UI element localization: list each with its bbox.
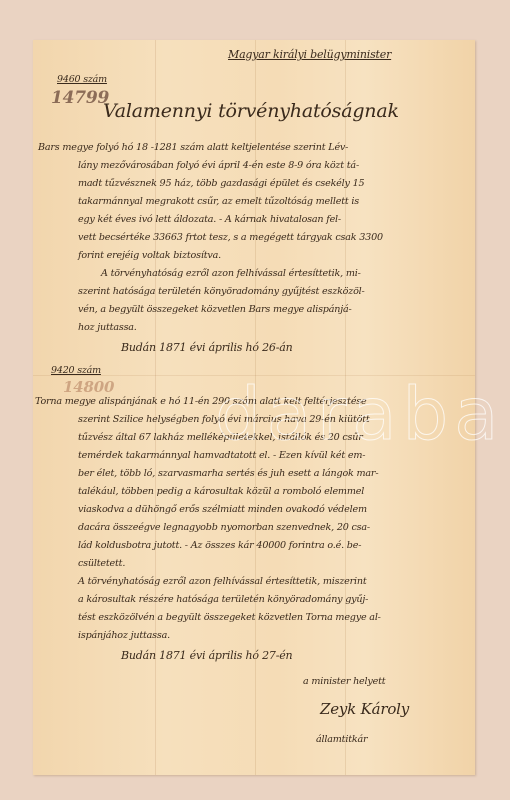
text-line: takarmánnyal megrakott csűr, az emelt tű… [78,192,359,212]
date-line-1: Budán 1871 évi április hó 26-án [121,338,293,358]
text-line: tést eszközölvén a begyült összegeket kö… [78,608,381,628]
text-line: talékául, többen pedig a károsultak közü… [78,482,364,502]
text-line: hoz juttassa. [78,318,137,338]
text-line: A törvényhatóság ezről azon felhívással … [101,264,361,284]
reference-number-1: 9460 szám [57,74,107,85]
text-line: ispánjához juttassa. [78,626,170,646]
text-line: viaskodva a dühöngő erős szélmiatt minde… [78,500,367,520]
watermark: darabanth [215,372,510,456]
text-line: lány mezővárosában folyó évi ápril 4-én … [78,156,359,176]
signature-preface: a minister helyett [303,672,385,692]
ministry-header: Magyar királyi belügyminister [228,48,391,61]
text-line: szerint hatósága területén könyöradomány… [78,282,365,302]
text-line: vén, a begyült összegeket közvetlen Bars… [78,300,352,320]
reference-number-2: 9420 szám [51,365,101,376]
registry-stamp-1: 14799 [51,88,109,108]
salutation-title: Valamennyi törvényhatóságnak [103,100,399,122]
text-line: ber élet, több ló, szarvasmarha sertés é… [78,464,378,484]
text-line: forint erejéig voltak biztosítva. [78,246,221,266]
text-line: Bars megye folyó hó 18 -1281 szám alatt … [38,138,348,158]
text-line: a károsultak részére hatósága területén … [78,590,368,610]
text-line: dacára összeégve legnagyobb nyomorban sz… [78,518,370,538]
text-line: madt tűzvésznek 95 ház, több gazdasági é… [78,174,364,194]
text-line: csültetett. [78,554,125,574]
signature-title: államtitkár [316,730,367,750]
text-line: A törvényhatóság ezről azon felhívással … [78,572,367,592]
signature-name: Zeyk Károly [320,700,409,718]
date-line-2: Budán 1871 évi április hó 27-én [121,646,292,666]
text-line: vett becsértéke 33663 frtot tesz, s a me… [78,228,383,248]
text-line: lád koldusbotra jutott. - Az összes kár … [78,536,361,556]
text-line: egy két éves ivó lett áldozata. - A kárn… [78,210,341,230]
